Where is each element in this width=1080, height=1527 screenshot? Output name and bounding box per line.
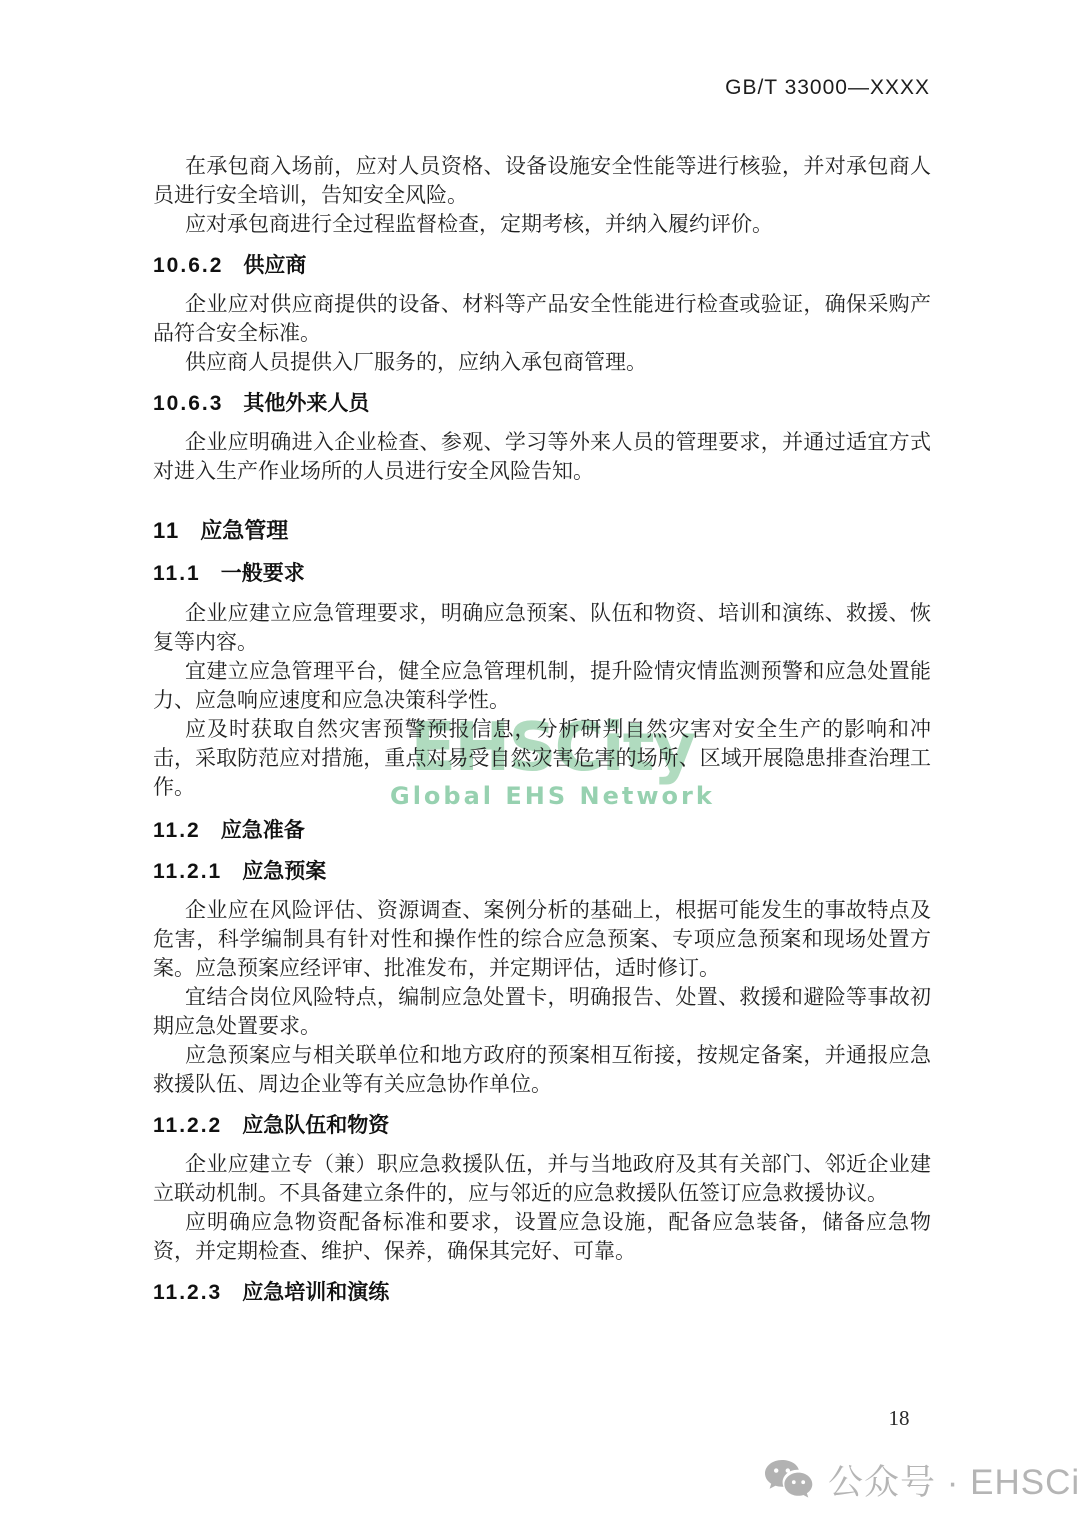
paragraph: 应明确应急物资配备标准和要求，设置应急设施，配备应急装备，储备应急物资，并定期检…	[153, 1208, 931, 1266]
heading-title: 一般要求	[221, 562, 305, 585]
heading-title: 应急管理	[200, 518, 288, 543]
document-body: 在承包商入场前，应对人员资格、设备设施安全性能等进行核验，并对承包商人员进行安全…	[153, 152, 931, 1317]
paragraph: 企业应明确进入企业检查、参观、学习等外来人员的管理要求，并通过适宜方式对进入生产…	[153, 428, 931, 486]
paragraph: 应对承包商进行全过程监督检查，定期考核，并纳入履约评价。	[153, 210, 931, 239]
heading-number: 10.6.2	[153, 254, 223, 277]
heading-number: 11.1	[153, 562, 201, 585]
heading-title: 应急准备	[221, 819, 305, 842]
paragraph: 企业应建立应急管理要求，明确应急预案、队伍和物资、培训和演练、救援、恢复等内容。	[153, 599, 931, 657]
heading-number: 11.2.1	[153, 860, 222, 883]
section-heading-11.1: 11.1一般要求	[153, 559, 931, 588]
paragraph: 宜建立应急管理平台，健全应急管理机制，提升险情灾情监测预警和应急处置能力、应急响…	[153, 657, 931, 715]
paragraph: 企业应建立专（兼）职应急救援队伍，并与当地政府及其有关部门、邻近企业建立联动机制…	[153, 1150, 931, 1208]
paragraph: 应及时获取自然灾害预警预报信息，分析研判自然灾害对安全生产的影响和冲击，采取防范…	[153, 715, 931, 802]
section-heading-11.2.2: 11.2.2应急队伍和物资	[153, 1111, 931, 1140]
heading-title: 应急培训和演练	[242, 1281, 389, 1304]
wechat-account-label: 公众号 · EHSCity	[828, 1455, 1080, 1505]
section-heading-11.2: 11.2应急准备	[153, 816, 931, 845]
paragraph: 应急预案应与相关联单位和地方政府的预案相互衔接，按规定备案，并通报应急救援队伍、…	[153, 1041, 931, 1099]
heading-title: 应急队伍和物资	[242, 1114, 389, 1137]
section-heading-11.2.1: 11.2.1应急预案	[153, 857, 931, 886]
heading-number: 10.6.3	[153, 392, 223, 415]
paragraph: 企业应在风险评估、资源调查、案例分析的基础上，根据可能发生的事故特点及危害，科学…	[153, 896, 931, 983]
section-heading-10.6.3: 10.6.3其他外来人员	[153, 389, 931, 418]
heading-number: 11	[153, 518, 180, 543]
paragraph: 供应商人员提供入厂服务的，应纳入承包商管理。	[153, 348, 931, 377]
section-heading-11.2.3: 11.2.3应急培训和演练	[153, 1278, 931, 1307]
paragraph: 企业应对供应商提供的设备、材料等产品安全性能进行检查或验证，确保采购产品符合安全…	[153, 290, 931, 348]
heading-title: 供应商	[243, 254, 306, 277]
doc-number: GB/T 33000—XXXX	[725, 76, 930, 100]
section-heading-10.6.2: 10.6.2供应商	[153, 251, 931, 280]
document-page: GB/T 33000—XXXX EHSCity Global EHS Netwo…	[0, 0, 1080, 1527]
paragraph: 在承包商入场前，应对人员资格、设备设施安全性能等进行核验，并对承包商人员进行安全…	[153, 152, 931, 210]
wechat-footer: 公众号 · EHSCity	[762, 1455, 1080, 1505]
page-number: 18	[884, 1406, 914, 1431]
wechat-icon	[762, 1456, 814, 1504]
heading-number: 11.2.3	[153, 1281, 222, 1304]
heading-title: 应急预案	[242, 860, 326, 883]
heading-number: 11.2	[153, 819, 201, 842]
paragraph: 宜结合岗位风险特点，编制应急处置卡，明确报告、处置、救援和避险等事故初期应急处置…	[153, 983, 931, 1041]
heading-title: 其他外来人员	[243, 392, 369, 415]
heading-number: 11.2.2	[153, 1114, 222, 1137]
section-heading-11: 11应急管理	[153, 516, 931, 545]
